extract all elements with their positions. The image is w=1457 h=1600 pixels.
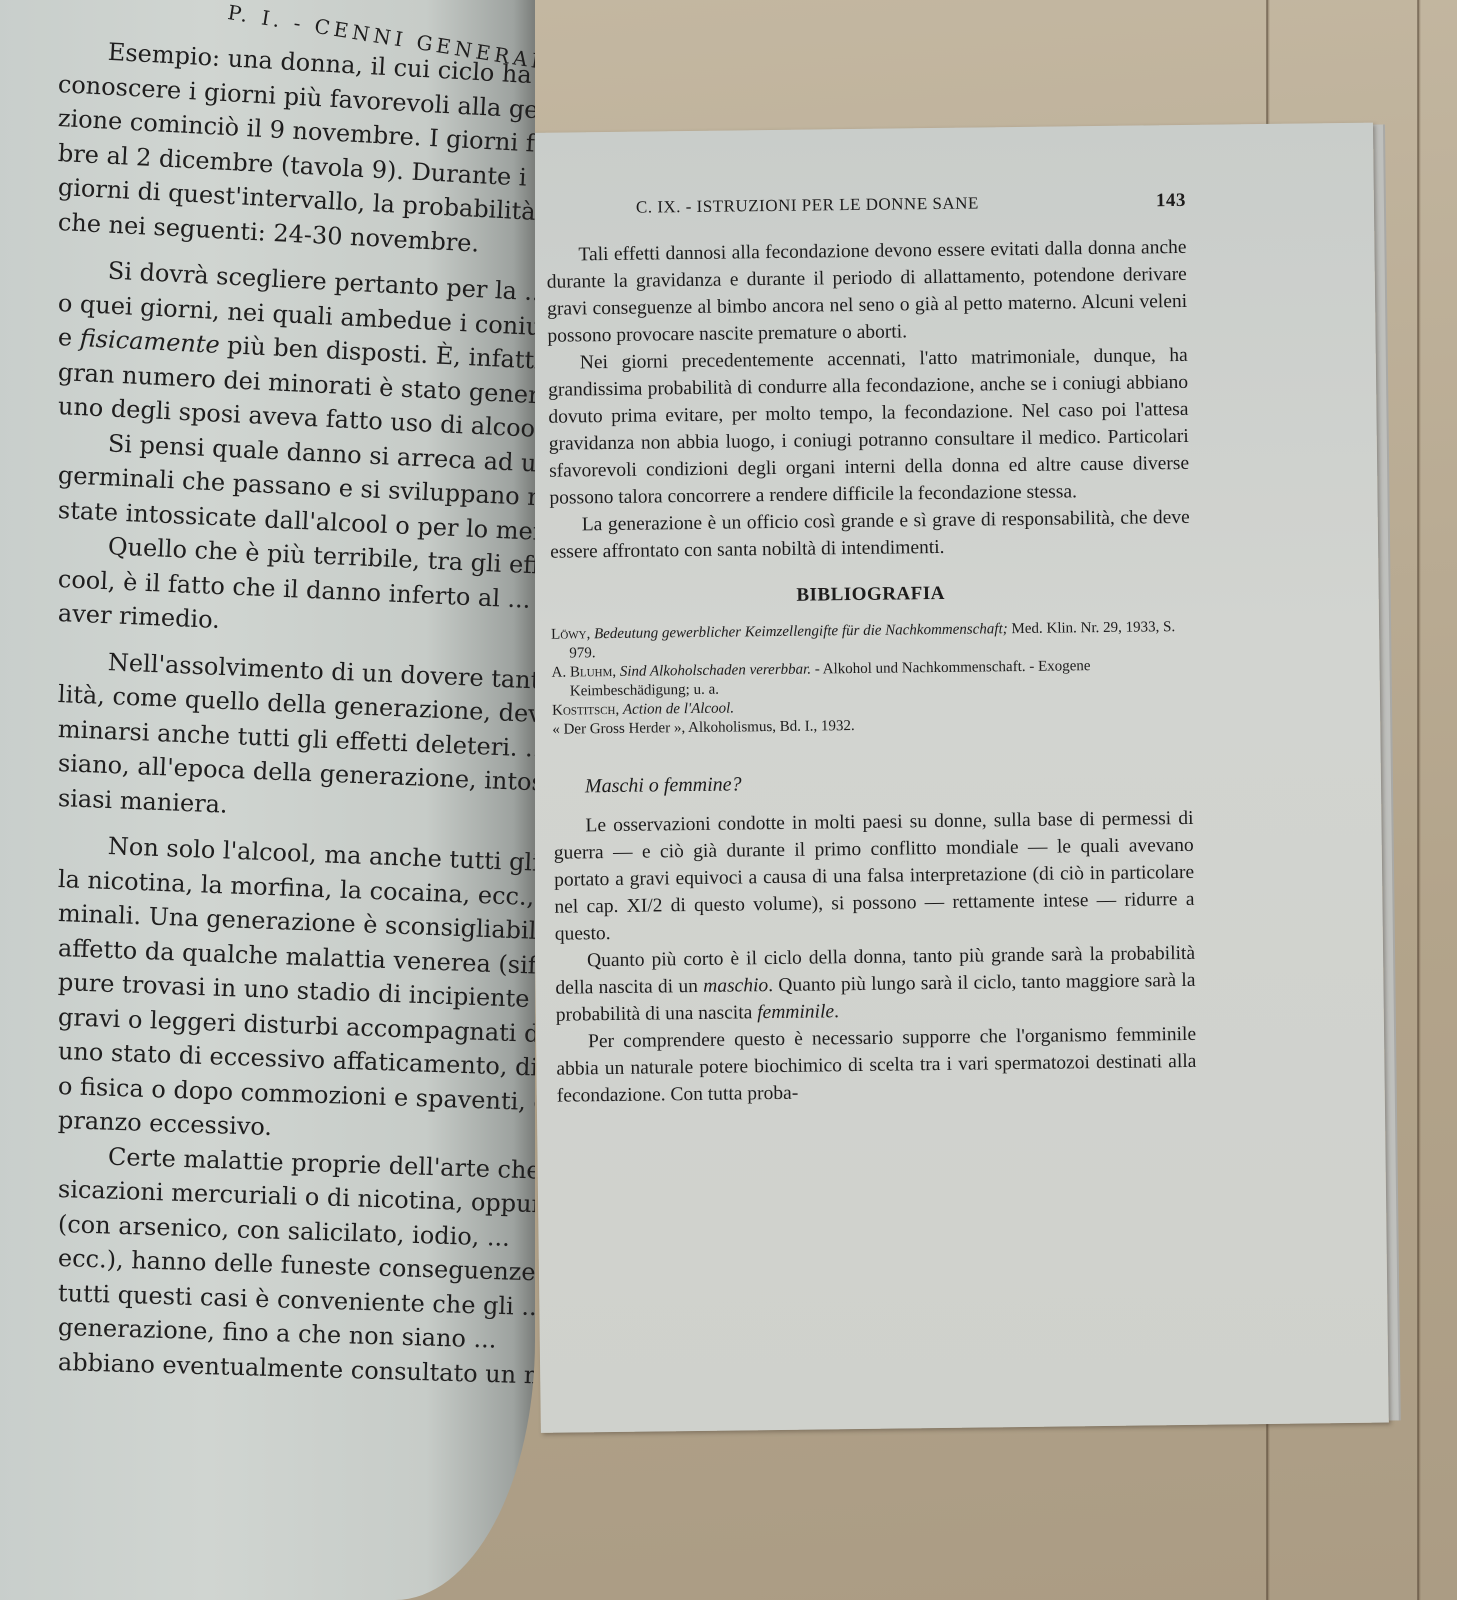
- work-title: Sind Alkoholschaden vererbbar.: [620, 662, 811, 680]
- paragraph: Per comprendere questo è necessario supp…: [556, 1021, 1197, 1110]
- citation-details: « Der Gross Herder », Alkoholismus, Bd. …: [552, 718, 855, 738]
- emphasis: fisicamente: [79, 324, 220, 359]
- left-page-content: P. I. - CENNI GENERALI SUL ... Esempio: …: [58, 0, 528, 1379]
- desk-seam-line: [1417, 0, 1419, 1600]
- paragraph: Le osservazioni condotte in molti paesi …: [553, 805, 1195, 948]
- author: Kostitsch: [552, 702, 616, 719]
- left-book-page: P. I. - CENNI GENERALI SUL ... Esempio: …: [0, 0, 535, 1600]
- paragraph: Tali effetti dannosi alla fecondazione d…: [546, 234, 1187, 350]
- text-run: e: [57, 323, 80, 352]
- chapter-title: C. IX. - ISTRUZIONI PER LE DONNE SANE: [636, 193, 979, 217]
- right-book-page: C. IX. - ISTRUZIONI PER LE DONNE SANE 14…: [525, 123, 1389, 1433]
- left-page-lines: Esempio: una donna, il cui ciclo ha la .…: [58, 32, 528, 1379]
- text-run: .: [834, 1001, 839, 1022]
- right-page-content: C. IX. - ISTRUZIONI PER LE DONNE SANE 14…: [546, 190, 1197, 1110]
- work-title: Bedeutung gewerblicher Keimzellengifte f…: [594, 621, 1008, 642]
- bibliography-list: Löwy, Bedeutung gewerblicher Keimzelleng…: [551, 618, 1192, 740]
- running-head: C. IX. - ISTRUZIONI PER LE DONNE SANE 14…: [546, 190, 1186, 220]
- emphasis-femminile: femminile: [757, 1001, 834, 1023]
- author: Löwy: [551, 626, 587, 642]
- author: A. Bluhm: [551, 664, 612, 681]
- paragraph: La generazione è un officio così grande …: [550, 504, 1191, 566]
- section-heading: Maschi o femmine?: [585, 768, 1193, 798]
- work-title: Action de l'Alcool.: [623, 700, 734, 717]
- paragraph: Nei giorni precedentemente accennati, l'…: [548, 342, 1190, 512]
- paragraph: Quanto più corto è il ciclo della donna,…: [555, 940, 1196, 1029]
- emphasis-maschio: maschio: [703, 975, 768, 997]
- bibliography-heading: BIBLIOGRAFIA: [551, 580, 1191, 610]
- page-number: 143: [1156, 190, 1186, 212]
